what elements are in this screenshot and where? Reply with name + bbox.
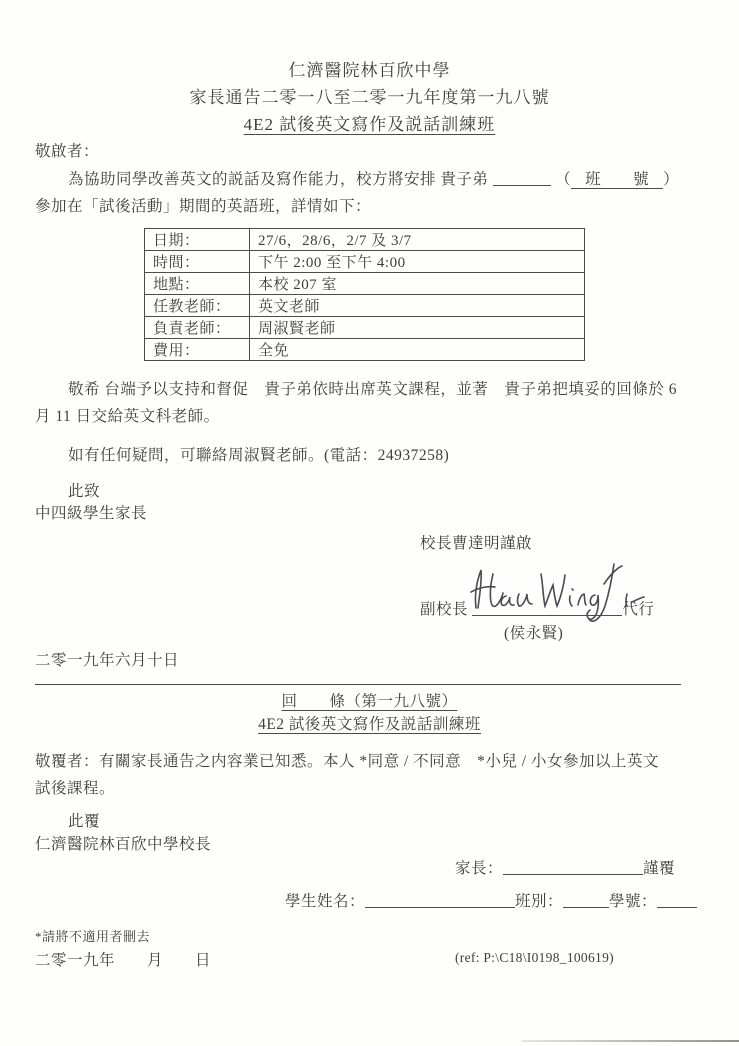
- parent-signature-row: 家長：謹覆: [455, 856, 675, 878]
- paren-close: ）: [663, 171, 679, 188]
- table-row: 費用： 全免: [145, 339, 585, 361]
- reply-slip-title: 回 條（第一九八號）: [0, 689, 739, 711]
- student-name-blank: [365, 892, 515, 908]
- reply-to-principal: 仁濟醫院林百欣中學校長: [35, 832, 211, 854]
- course-title: 4E2 試後英文寫作及説話訓練班: [0, 111, 739, 138]
- table-row: 任教老師： 英文老師: [145, 295, 585, 317]
- row-value: 下午 2:00 至下午 4:00: [250, 251, 585, 273]
- file-reference: (ref: P:\C18\I0198_100619): [455, 950, 614, 966]
- row-value: 周淑賢老師: [250, 317, 585, 339]
- student-name-label: 學生姓名：: [285, 893, 365, 910]
- school-name: 仁濟醫院林百欣中學: [0, 57, 739, 84]
- intro-text-1: 為協助同學改善英文的説話及寫作能力，校方將安排 貴子弟: [35, 171, 493, 188]
- class-label: 班別：: [515, 893, 563, 910]
- support-paragraph: 敬希 台端予以支持和督促 貴子弟依時出席英文課程，並著 貴子弟把填妥的回條於 6…: [35, 376, 725, 430]
- handwritten-signature: [462, 556, 647, 634]
- intro-paragraph: 為協助同學改善英文的説話及寫作能力，校方將安排 貴子弟 （班 號） 參加在「試後…: [35, 166, 713, 220]
- parent-suffix: 謹覆: [643, 860, 675, 877]
- course-details-table: 日期： 27/6，28/6，2/7 及 3/7 時間： 下午 2:00 至下午 …: [144, 228, 585, 361]
- class-blank: [563, 892, 609, 908]
- paren-open: （: [555, 171, 571, 188]
- table-row: 日期： 27/6，28/6，2/7 及 3/7: [145, 229, 585, 251]
- student-no-label: 學號：: [609, 893, 657, 910]
- reply-date-blank: 二零一九年 月 日: [35, 948, 211, 970]
- row-value: 本校 207 室: [250, 273, 585, 295]
- reply-slip-divider: [35, 684, 681, 685]
- row-value: 英文老師: [250, 295, 585, 317]
- support-line-1: 敬希 台端予以支持和督促 貴子弟依時出席英文課程，並著 貴子弟把填妥的回條於 6: [35, 376, 725, 403]
- vice-principal-label: 副校長: [420, 601, 468, 618]
- support-line-2: 月 11 日交給英文科老師。: [35, 403, 725, 430]
- cifu: 此覆: [68, 809, 100, 831]
- letter-date: 二零一九年六月十日: [35, 648, 179, 670]
- row-value: 全免: [250, 339, 585, 361]
- document-header: 仁濟醫院林百欣中學 家長通告二零一八至二零一九年度第一九八號 4E2 試後英文寫…: [0, 57, 739, 138]
- reply-slip-body: 敬覆者：有關家長通告之内容業已知悉。本人 *同意 / 不同意 *小兒 / 小女參…: [35, 748, 725, 802]
- row-label: 負責老師：: [145, 317, 250, 339]
- row-label: 費用：: [145, 339, 250, 361]
- salutation: 敬啟者：: [35, 139, 99, 161]
- row-label: 任教老師：: [145, 295, 250, 317]
- parent-name-blank: [503, 859, 643, 875]
- row-value: 27/6，28/6，2/7 及 3/7: [250, 229, 585, 251]
- contact-paragraph: 如有任何疑問，可聯絡周淑賢老師。(電話：24937258): [35, 443, 449, 465]
- student-name-blank: [493, 170, 551, 186]
- class-number-blank: 班 號: [571, 171, 663, 189]
- student-info-row: 學生姓名：班別：學號：: [285, 889, 697, 911]
- cizhi: 此致: [68, 479, 100, 501]
- reply-body-line-1: 敬覆者：有關家長通告之内容業已知悉。本人 *同意 / 不同意 *小兒 / 小女參…: [35, 748, 725, 775]
- reply-body-line-2: 試後課程。: [35, 775, 725, 802]
- table-row: 地點： 本校 207 室: [145, 273, 585, 295]
- intro-text-2: 參加在「試後活動」期間的英語班，詳情如下：: [35, 193, 713, 220]
- notice-number-line: 家長通告二零一八至二零一九年度第一九八號: [0, 84, 739, 111]
- scan-artifact-line: [522, 1040, 739, 1042]
- student-no-blank: [657, 892, 697, 908]
- reply-slip-subtitle: 4E2 試後英文寫作及説話訓練班: [0, 712, 739, 734]
- row-label: 日期：: [145, 229, 250, 251]
- parent-label: 家長：: [455, 860, 503, 877]
- table-row: 時間： 下午 2:00 至下午 4:00: [145, 251, 585, 273]
- recipient: 中四級學生家長: [35, 501, 147, 523]
- table-row: 負責老師： 周淑賢老師: [145, 317, 585, 339]
- row-label: 時間：: [145, 251, 250, 273]
- scanned-notice-page: 仁濟醫院林百欣中學 家長通告二零一八至二零一九年度第一九八號 4E2 試後英文寫…: [0, 0, 739, 1046]
- footnote: *請將不適用者刪去: [35, 926, 150, 945]
- row-label: 地點：: [145, 273, 250, 295]
- principal-sign-off: 校長曹達明謹啟: [420, 531, 532, 553]
